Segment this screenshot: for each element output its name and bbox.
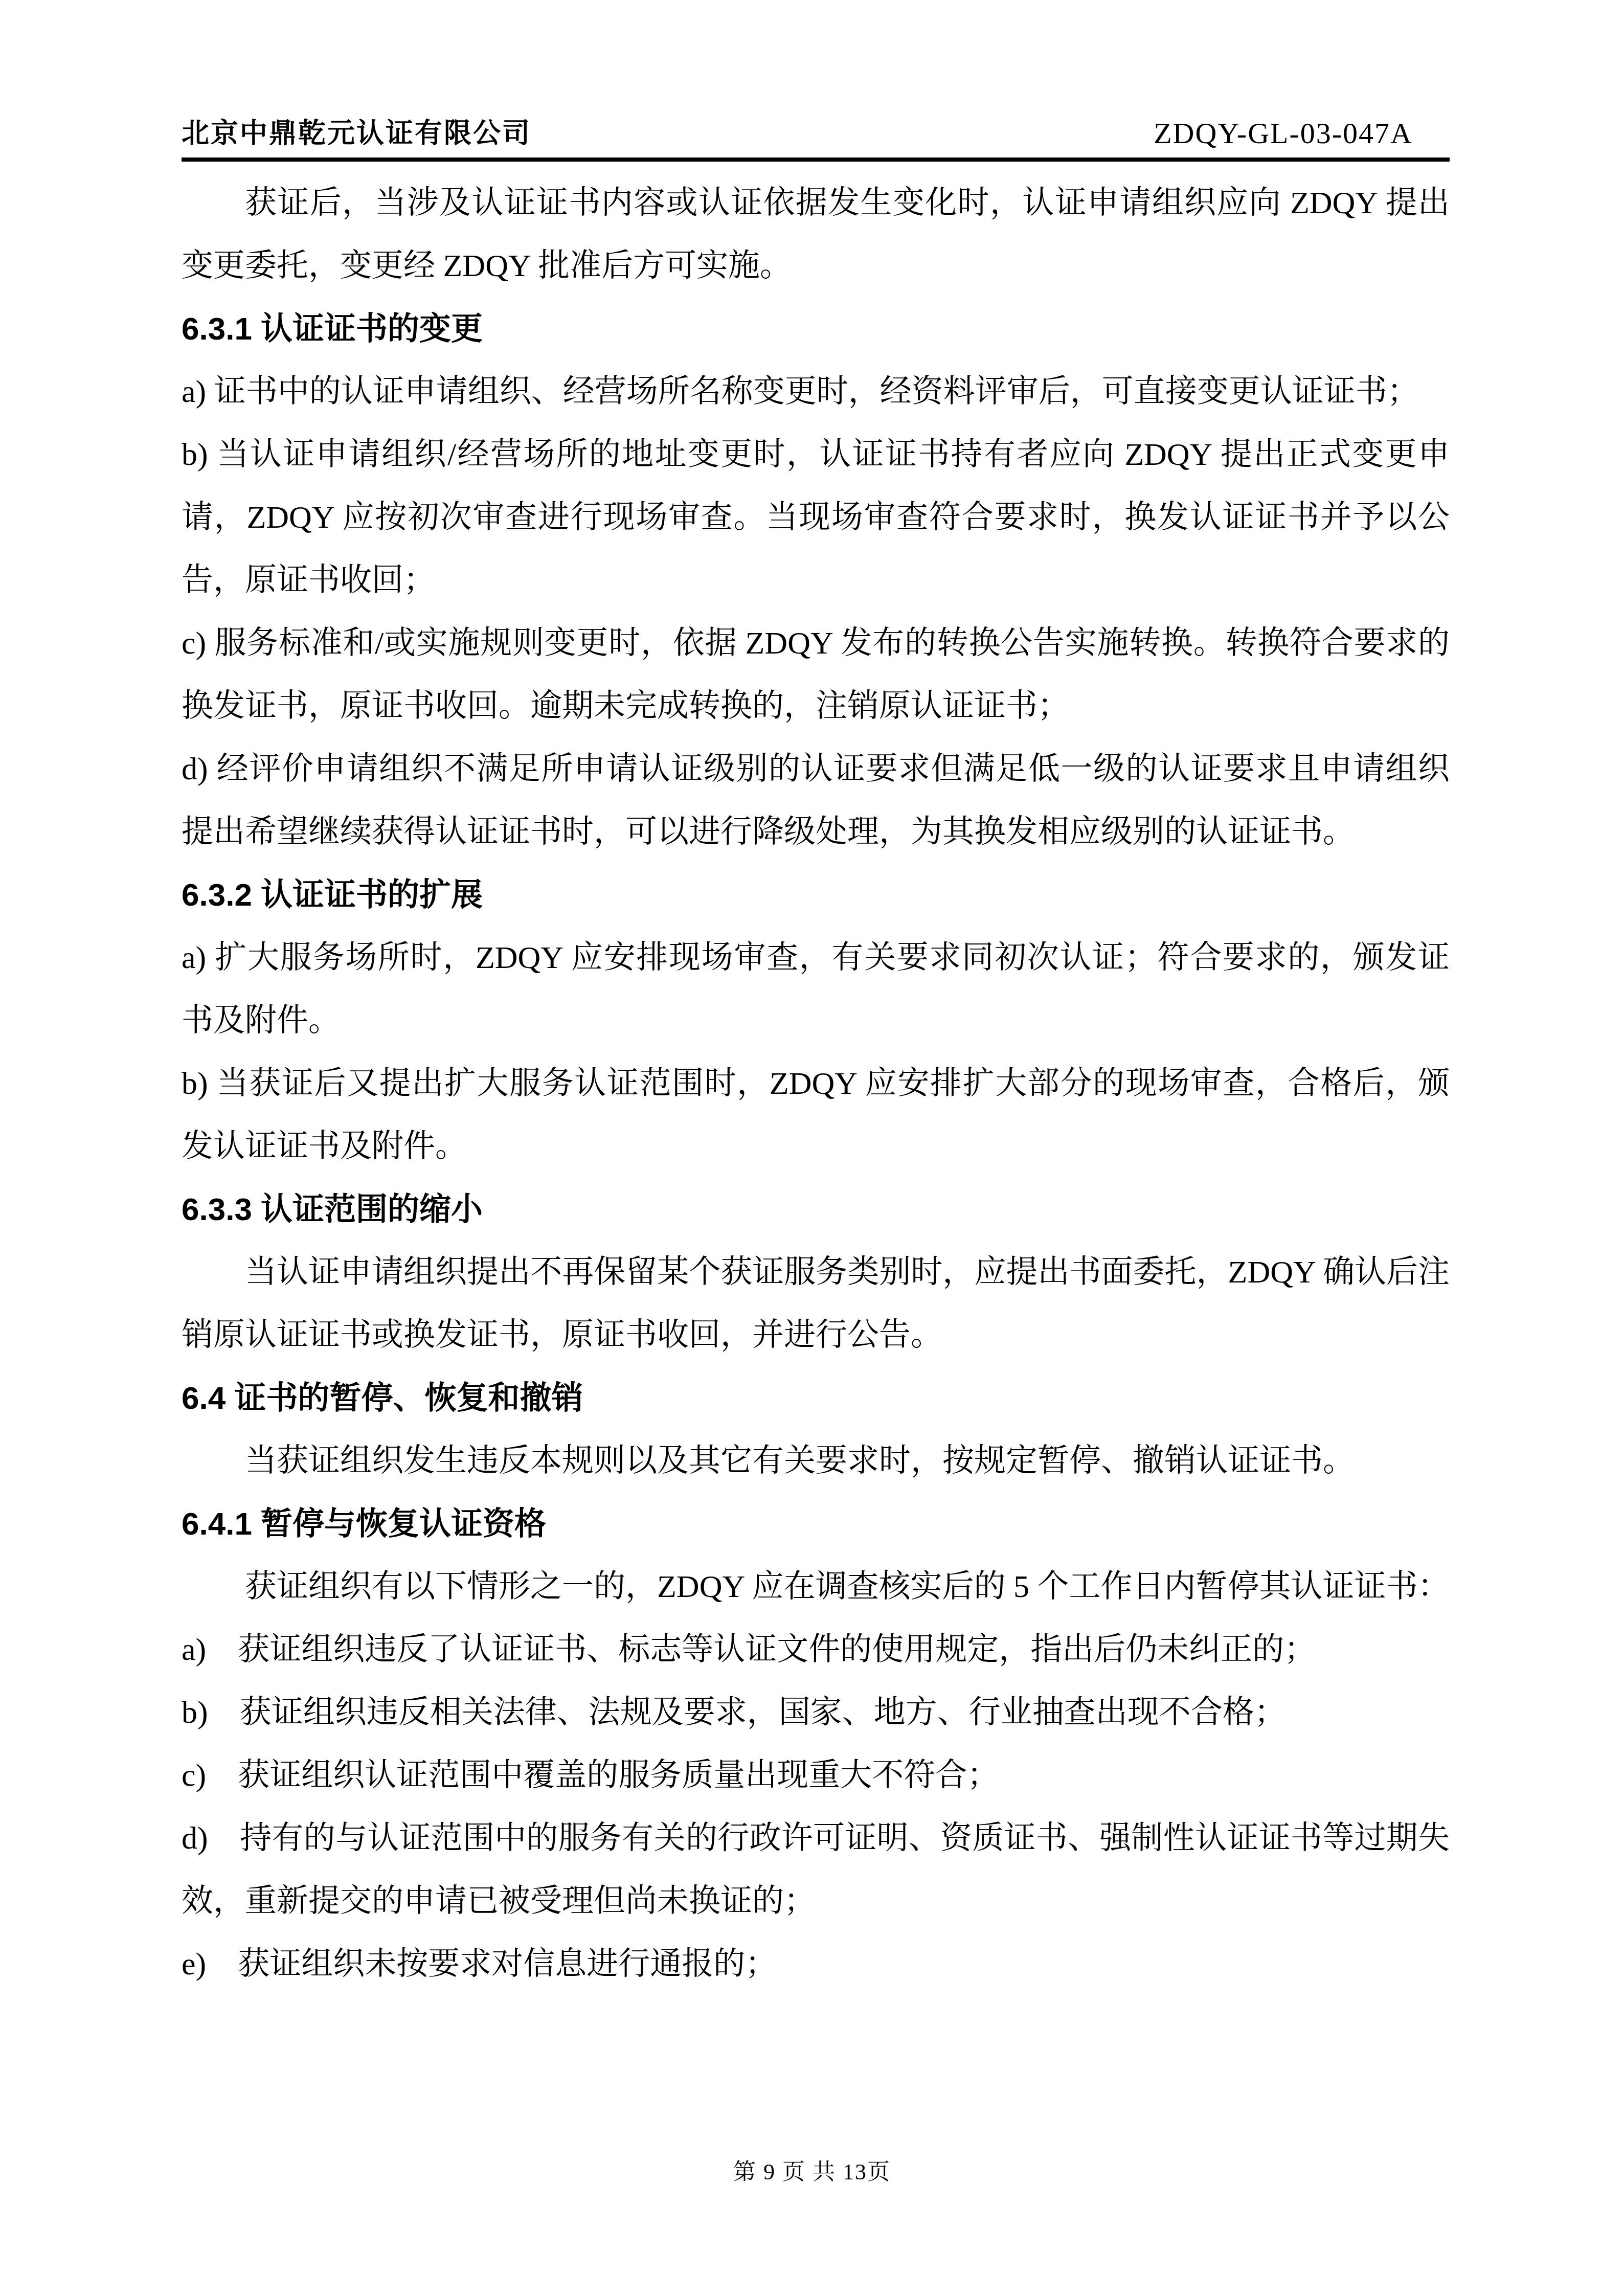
list-item: a) 获证组织违反了认证证书、标志等认证文件的使用规定，指出后仍未纠正的； [182,1618,1450,1681]
list-item: d) 持有的与认证范围中的服务有关的行政许可证明、资质证书、强制性认证证书等过期… [182,1807,1450,1933]
document-code: ZDQY-GL-03-047A [1154,116,1413,151]
document-body: 获证后，当涉及认证证书内容或认证依据发生变化时，认证申请组织应向 ZDQY 提出… [182,172,1450,1996]
list-item: c) 服务标准和/或实施规则变更时，依据 ZDQY 发布的转换公告实施转换。转换… [182,612,1450,738]
company-name: 北京中鼎乾元认证有限公司 [182,116,531,151]
list-item: a) 扩大服务场所时，ZDQY 应安排现场审查，有关要求同初次认证；符合要求的，… [182,927,1450,1052]
list-item: b) 获证组织违反相关法律、法规及要求，国家、地方、行业抽查出现不合格； [182,1681,1450,1744]
section-heading: 6.3.1 认证证书的变更 [182,298,1450,361]
list-item: d) 经评价申请组织不满足所申请认证级别的认证要求但满足低一级的认证要求且申请组… [182,738,1450,864]
page-number: 第 9 页 共 13页 [0,2154,1624,2191]
paragraph: 当认证申请组织提出不再保留某个获证服务类别时，应提出书面委托，ZDQY 确认后注… [182,1241,1450,1367]
document-page: { "header": { "company": "北京中鼎乾元认证有限公司",… [0,0,1624,2296]
paragraph: 获证组织有以下情形之一的，ZDQY 应在调查核实后的 5 个工作日内暂停其认证证… [182,1556,1450,1618]
section-heading: 6.3.2 认证证书的扩展 [182,864,1450,927]
section-heading: 6.4.1 暂停与恢复认证资格 [182,1493,1450,1556]
list-item: c) 获证组织认证范围中覆盖的服务质量出现重大不符合； [182,1744,1450,1807]
section-heading: 6.4 证书的暂停、恢复和撤销 [182,1367,1450,1430]
list-item: b) 当认证申请组织/经营场所的地址变更时，认证证书持有者应向 ZDQY 提出正… [182,423,1450,612]
content-area: 北京中鼎乾元认证有限公司 ZDQY-GL-03-047A 获证后，当涉及认证证书… [182,0,1450,1996]
list-item: e) 获证组织未按要求对信息进行通报的； [182,1933,1450,1996]
paragraph: 获证后，当涉及认证证书内容或认证依据发生变化时，认证申请组织应向 ZDQY 提出… [182,172,1450,298]
document-header: 北京中鼎乾元认证有限公司 ZDQY-GL-03-047A [182,116,1450,162]
section-heading: 6.3.3 认证范围的缩小 [182,1178,1450,1241]
paragraph: 当获证组织发生违反本规则以及其它有关要求时，按规定暂停、撤销认证证书。 [182,1430,1450,1493]
list-item: b) 当获证后又提出扩大服务认证范围时，ZDQY 应安排扩大部分的现场审查，合格… [182,1052,1450,1178]
list-item: a) 证书中的认证申请组织、经营场所名称变更时，经资料评审后，可直接变更认证证书… [182,361,1450,423]
